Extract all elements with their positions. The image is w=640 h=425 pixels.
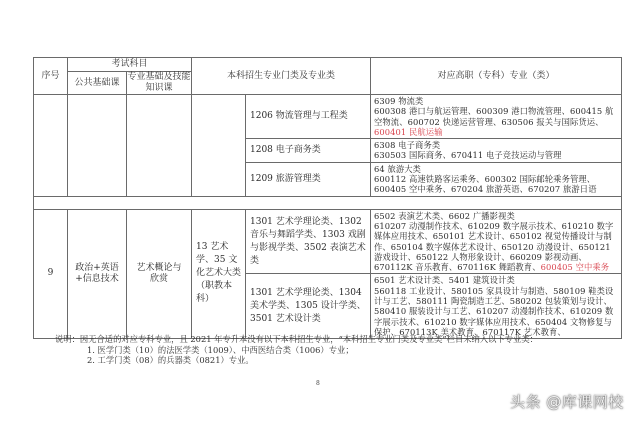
header-seq: 序号 <box>34 58 68 95</box>
public-course-cell: 政治+英语+信息技术 <box>68 209 127 339</box>
majors-cell: 6309 物流类 600308 港口与航运管理、600309 港口物流管理、60… <box>371 95 622 139</box>
majors-cell: 6502 表演艺术类、6602 广播影视类 610207 动漫制作技术、6102… <box>371 209 622 274</box>
category-cell: 1301 艺术学理论类、1302 音乐与舞蹈学类、1303 戏剧与影视学类、35… <box>246 209 371 274</box>
category-cell: 1301 艺术学理论类、1304 美术学类、1305 设计学类、3501 艺术设… <box>246 274 371 339</box>
footnote-item: 2. 工学门类（08）的兵器类（0821）专业。 <box>55 355 538 366</box>
majors-title: 64 旅游大类 <box>374 164 618 174</box>
footnote: 说明：因无合适的对应专科专业，且 2021 年专升本没有以下本科招生专业，“本科… <box>55 334 538 366</box>
majors-text: 600308 港口与航运管理、600309 港口物流管理、600415 航空物流… <box>374 106 613 126</box>
public-course-cell-empty <box>68 95 127 197</box>
seq-cell-empty <box>34 95 68 197</box>
majors-cell: 6501 艺术设计类、5401 建筑设计类 560118 工业设计、580105… <box>371 274 622 339</box>
majors-text: 560118 工业设计、580105 家具设计与制造、580109 鞋类设计与工… <box>374 286 613 337</box>
table-row: 1206 物流管理与工程类 6309 物流类 600308 港口与航运管理、60… <box>34 95 622 139</box>
professional-course-cell-empty <box>127 95 192 197</box>
footnote-item: 1. 医学门类（10）的法医学类（1009）、中西医结合类（1006）专业； <box>55 345 538 356</box>
discipline-cell-empty <box>192 95 246 197</box>
footnote-intro: 说明：因无合适的对应专科专业，且 2021 年专升本没有以下本科招生专业，“本科… <box>55 334 538 345</box>
header-public-course: 公共基础课 <box>68 72 127 95</box>
professional-course-cell: 艺术概论与欣赏 <box>127 209 192 339</box>
majors-title: 6501 艺术设计类、5401 建筑设计类 <box>374 275 618 285</box>
header-professional-course: 专业基础及技能知识课 <box>127 72 192 95</box>
majors-text: 630503 国际商务、670411 电子竞技运动与管理 <box>374 150 562 160</box>
spacer-cell <box>34 196 622 209</box>
majors-highlight: 600401 民航运输 <box>374 127 443 137</box>
spacer-row <box>34 196 622 209</box>
category-cell: 1209 旅游管理类 <box>246 162 371 196</box>
major-mapping-table: 序号 考试科目 本科招生专业门类及专业类 对应高职（专科）专业（类） 公共基础课… <box>33 57 622 339</box>
majors-highlight: 600405 空中乘务 <box>541 262 610 272</box>
majors-title: 6308 电子商务类 <box>374 140 618 150</box>
category-cell: 1206 物流管理与工程类 <box>246 95 371 139</box>
majors-cell: 64 旅游大类 600112 高速铁路客运乘务、600302 国际邮轮乘务管理、… <box>371 162 622 196</box>
header-undergrad-categories: 本科招生专业门类及专业类 <box>192 58 371 95</box>
seq-cell: 9 <box>34 209 68 339</box>
majors-title: 6309 物流类 <box>374 96 618 106</box>
majors-text: 600112 高速铁路客运乘务、600302 国际邮轮乘务管理、600405 空… <box>374 174 597 194</box>
page-number: 8 <box>316 380 320 387</box>
header-vocational-majors: 对应高职（专科）专业（类） <box>371 58 622 95</box>
majors-title: 6502 表演艺术类、6602 广播影视类 <box>374 211 618 221</box>
watermark: 头条 @库课网校 <box>510 391 624 412</box>
category-cell: 1208 电子商务类 <box>246 139 371 163</box>
majors-cell: 6308 电子商务类 630503 国际商务、670411 电子竞技运动与管理 <box>371 139 622 163</box>
header-exam-subjects: 考试科目 <box>68 58 192 72</box>
discipline-cell: 13 艺术学、35 文化艺术大类（职教本科） <box>192 209 246 339</box>
table-row: 9 政治+英语+信息技术 艺术概论与欣赏 13 艺术学、35 文化艺术大类（职教… <box>34 209 622 274</box>
